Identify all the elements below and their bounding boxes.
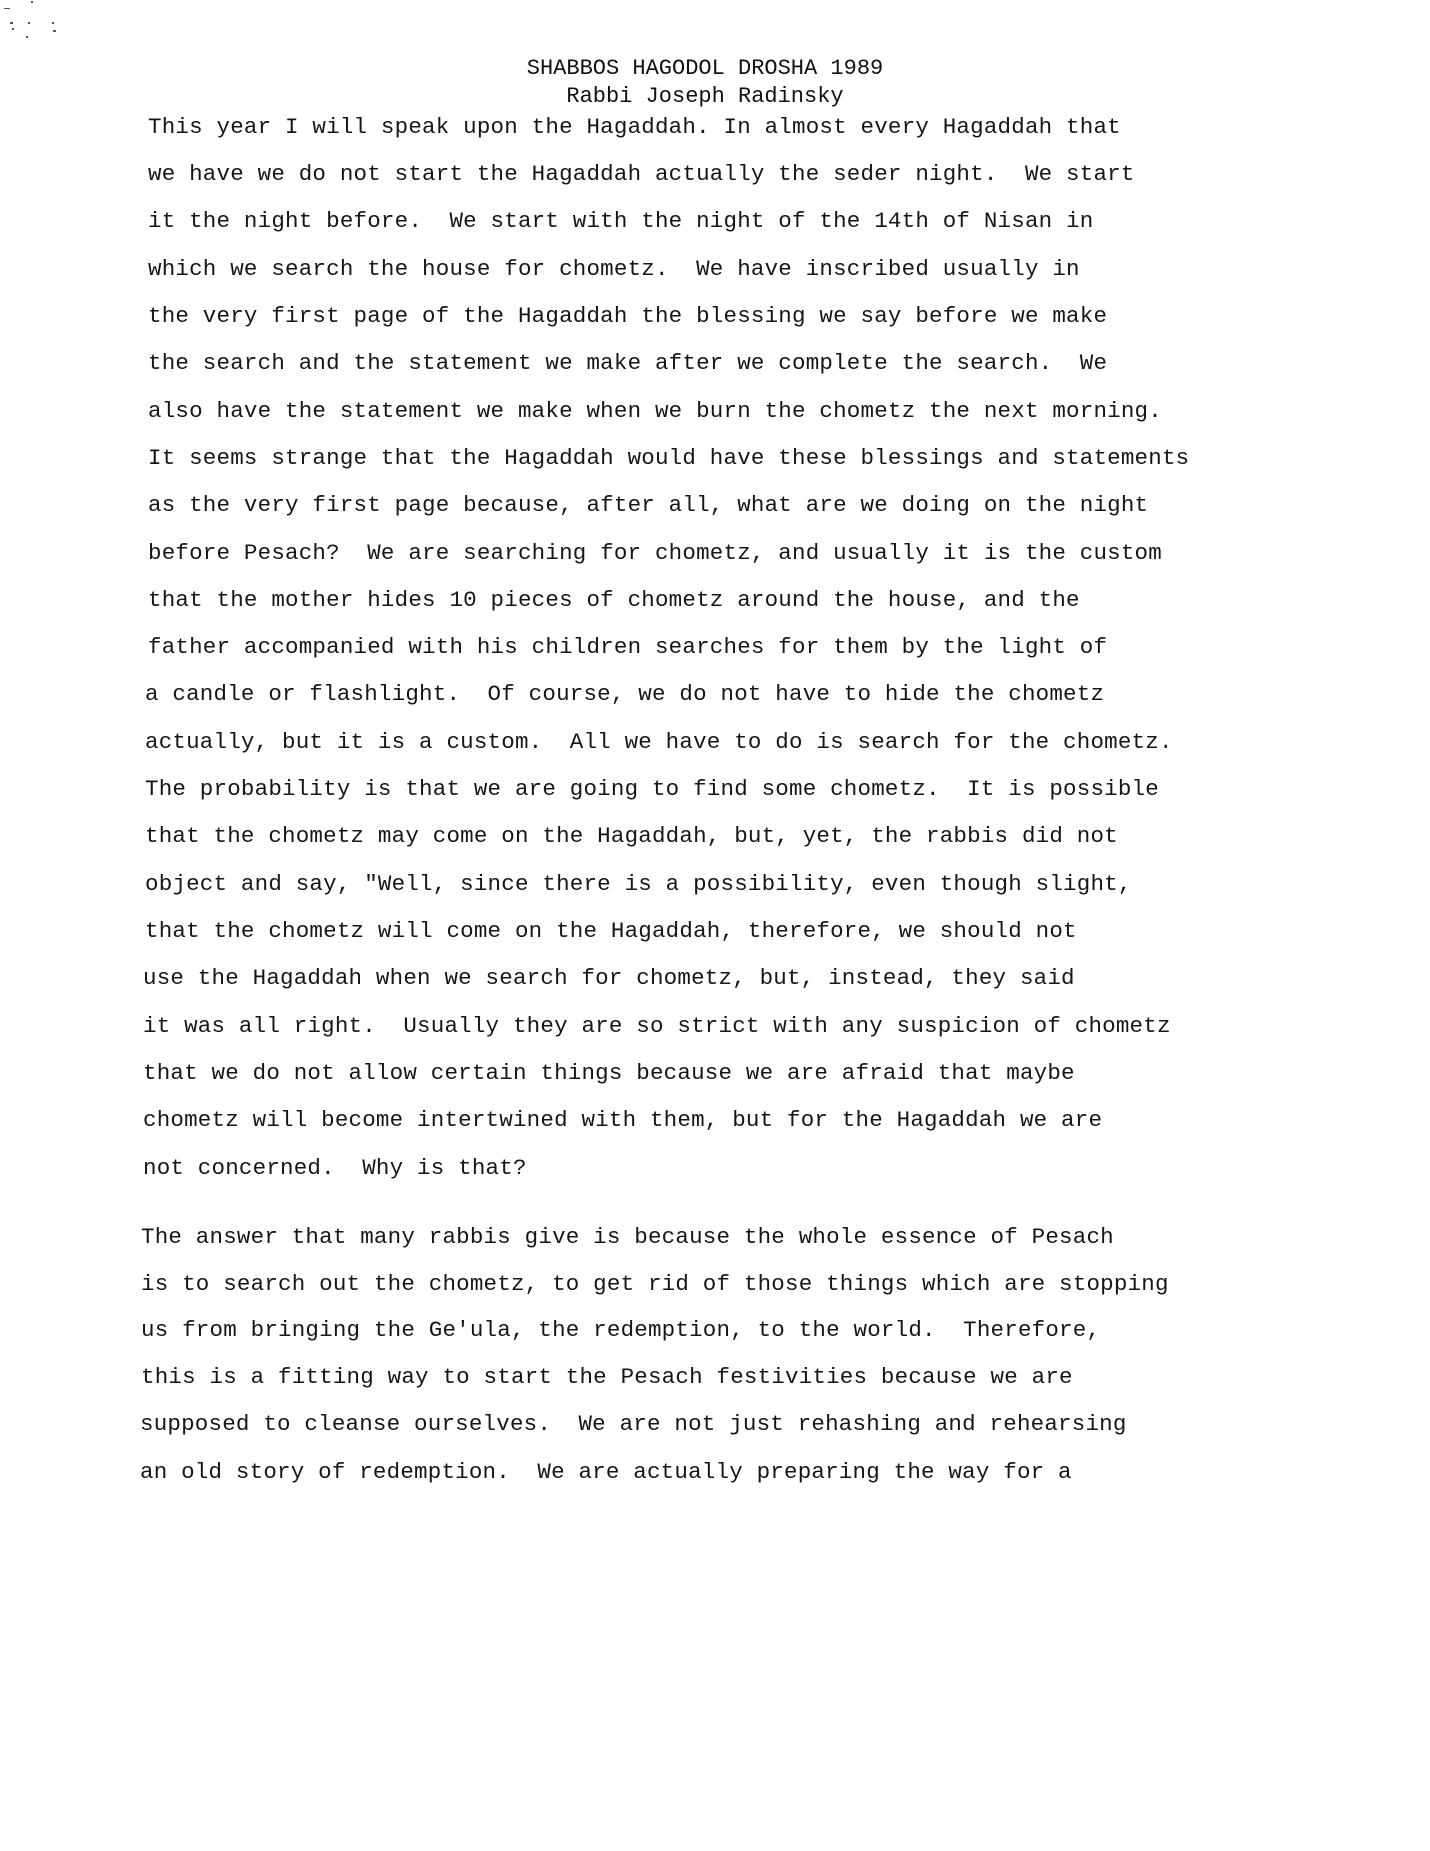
text-line: that the chometz will come on the Hagadd… — [145, 918, 1077, 944]
text-line: that the mother hides 10 pieces of chome… — [148, 587, 1080, 613]
text-line: an old story of redemption. We are actua… — [140, 1459, 1072, 1485]
text-line: The probability is that we are going to … — [145, 776, 1159, 802]
text-line: The answer that many rabbis give is beca… — [141, 1224, 1114, 1250]
text-line: a candle or flashlight. Of course, we do… — [145, 681, 1104, 707]
text-line: that we do not allow certain things beca… — [143, 1060, 1075, 1086]
text-line: This year I will speak upon the Hagaddah… — [148, 114, 1121, 140]
scan-speck — [26, 36, 28, 38]
text-line: use the Hagaddah when we search for chom… — [143, 965, 1075, 991]
document-author: Rabbi Joseph Radinsky — [120, 84, 1290, 109]
scan-speck — [52, 22, 54, 24]
scan-speck — [4, 8, 10, 9]
text-line: which we search the house for chometz. W… — [148, 256, 1080, 282]
document-page: SHABBOS HAGODOL DROSHA 1989 Rabbi Joseph… — [0, 0, 1430, 1851]
text-line: object and say, "Well, since there is a … — [145, 871, 1132, 897]
text-line: it was all right. Usually they are so st… — [143, 1013, 1171, 1039]
text-line: It seems strange that the Hagaddah would… — [148, 445, 1189, 471]
text-line: father accompanied with his children sea… — [148, 634, 1107, 660]
text-line: it the night before. We start with the n… — [148, 208, 1093, 234]
text-line: actually, but it is a custom. All we hav… — [145, 729, 1173, 755]
text-line: the very first page of the Hagaddah the … — [148, 303, 1107, 329]
text-line: that the chometz may come on the Hagadda… — [145, 823, 1118, 849]
scan-speck — [53, 30, 56, 32]
document-title: SHABBOS HAGODOL DROSHA 1989 — [120, 56, 1290, 81]
text-line: not concerned. Why is that? — [143, 1155, 527, 1181]
text-line: is to search out the chometz, to get rid… — [141, 1271, 1169, 1297]
text-line: we have we do not start the Hagaddah act… — [148, 161, 1135, 187]
text-line: us from bringing the Ge'ula, the redempt… — [141, 1317, 1100, 1343]
text-line: supposed to cleanse ourselves. We are no… — [140, 1411, 1127, 1437]
scan-speck — [28, 22, 30, 24]
text-line: also have the statement we make when we … — [148, 398, 1162, 424]
text-line: the search and the statement we make aft… — [148, 350, 1107, 376]
text-line: chometz will become intertwined with the… — [143, 1107, 1102, 1133]
text-line: as the very first page because, after al… — [148, 492, 1148, 518]
scan-specks — [0, 0, 120, 50]
scan-speck — [12, 28, 14, 30]
text-line: this is a fitting way to start the Pesac… — [141, 1364, 1073, 1390]
text-line: before Pesach? We are searching for chom… — [148, 540, 1162, 566]
scan-speck — [10, 22, 13, 24]
scan-speck — [31, 1, 33, 3]
